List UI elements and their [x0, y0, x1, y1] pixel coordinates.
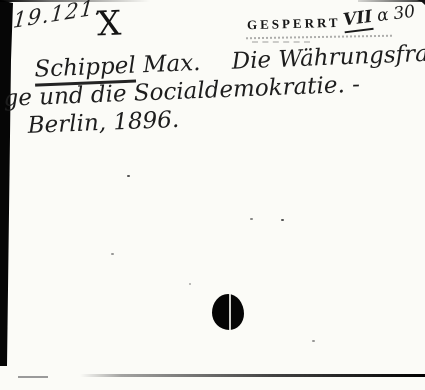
- scan-edge-bottom: [80, 374, 425, 377]
- author-forename: Max.: [142, 50, 201, 78]
- accession-number: 19.121.: [12, 0, 104, 33]
- scan-edge-left: [0, 0, 16, 370]
- hole-punch: [212, 294, 244, 330]
- shelfmark: VIIα30: [342, 2, 416, 31]
- shelfmark-greek-letter: α: [376, 5, 390, 26]
- shelfmark-number: 30: [392, 2, 416, 24]
- scan-speck: [312, 340, 315, 342]
- erased-pencil-line: [246, 35, 392, 40]
- gesperrt-stamp: GESPERRT: [247, 15, 341, 33]
- handwritten-entry: Schippel Max. Die Währungsfra- ge und di…: [0, 40, 425, 141]
- scan-speck: [250, 218, 253, 220]
- erased-pencil-line-2: [252, 41, 310, 43]
- hole-punch-scan-line: [229, 294, 231, 330]
- class-mark: X: [96, 7, 121, 42]
- shelfmark-roman-numeral: VII: [342, 7, 374, 33]
- scan-speck: [281, 219, 284, 221]
- scan-edge-top-right: [358, 0, 425, 2]
- scan-speck: [111, 253, 114, 255]
- catalog-card-scan: 19.121. X GESPERRT VIIα30 Schippel Max. …: [0, 0, 425, 390]
- scan-speck: [189, 283, 191, 285]
- scan-speck: [127, 175, 130, 177]
- scan-edge-bottom-dash: [18, 376, 48, 378]
